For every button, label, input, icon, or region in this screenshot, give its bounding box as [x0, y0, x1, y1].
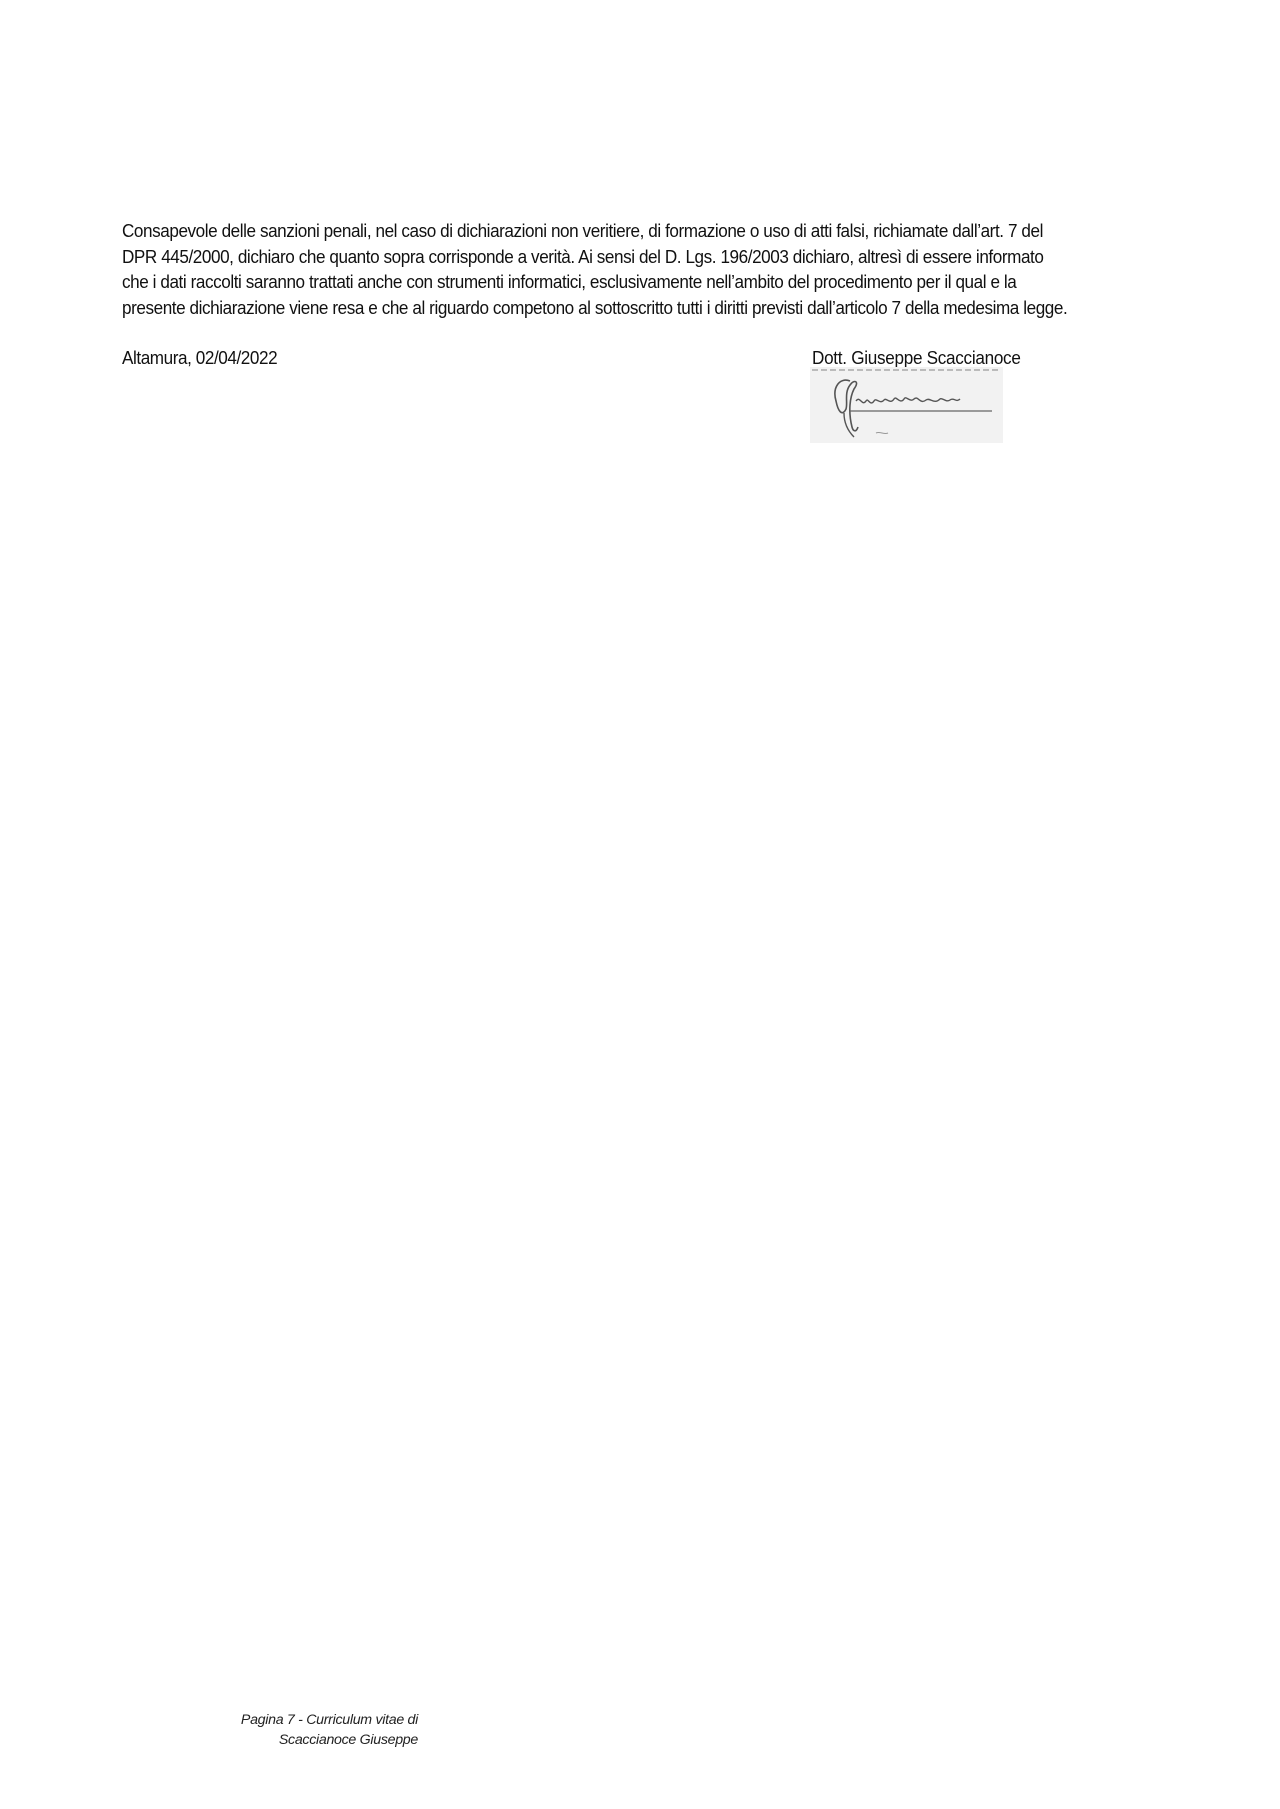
declaration-paragraph: Consapevole delle sanzioni penali, nel c… [122, 218, 1108, 320]
footer-page-label: Pagina 7 - Curriculum vitae di [230, 1710, 418, 1730]
declaration-line: presente dichiarazione viene resa e che … [122, 295, 1108, 321]
signature-scribble-icon [810, 367, 1003, 443]
declaration-line: Consapevole delle sanzioni penali, nel c… [122, 218, 1108, 244]
signature-image [810, 367, 1003, 443]
signer-name: Dott. Giuseppe Scaccianoce [812, 347, 1021, 369]
document-page: Consapevole delle sanzioni penali, nel c… [0, 0, 1280, 1809]
declaration-line: che i dati raccolti saranno trattati anc… [122, 269, 1108, 295]
page-footer: Pagina 7 - Curriculum vitae di Scacciano… [230, 1710, 418, 1750]
footer-author-label: Scaccianoce Giuseppe [230, 1730, 418, 1750]
place-and-date: Altamura, 02/04/2022 [122, 347, 277, 369]
declaration-line: DPR 445/2000, dichiaro che quanto sopra … [122, 244, 1108, 270]
